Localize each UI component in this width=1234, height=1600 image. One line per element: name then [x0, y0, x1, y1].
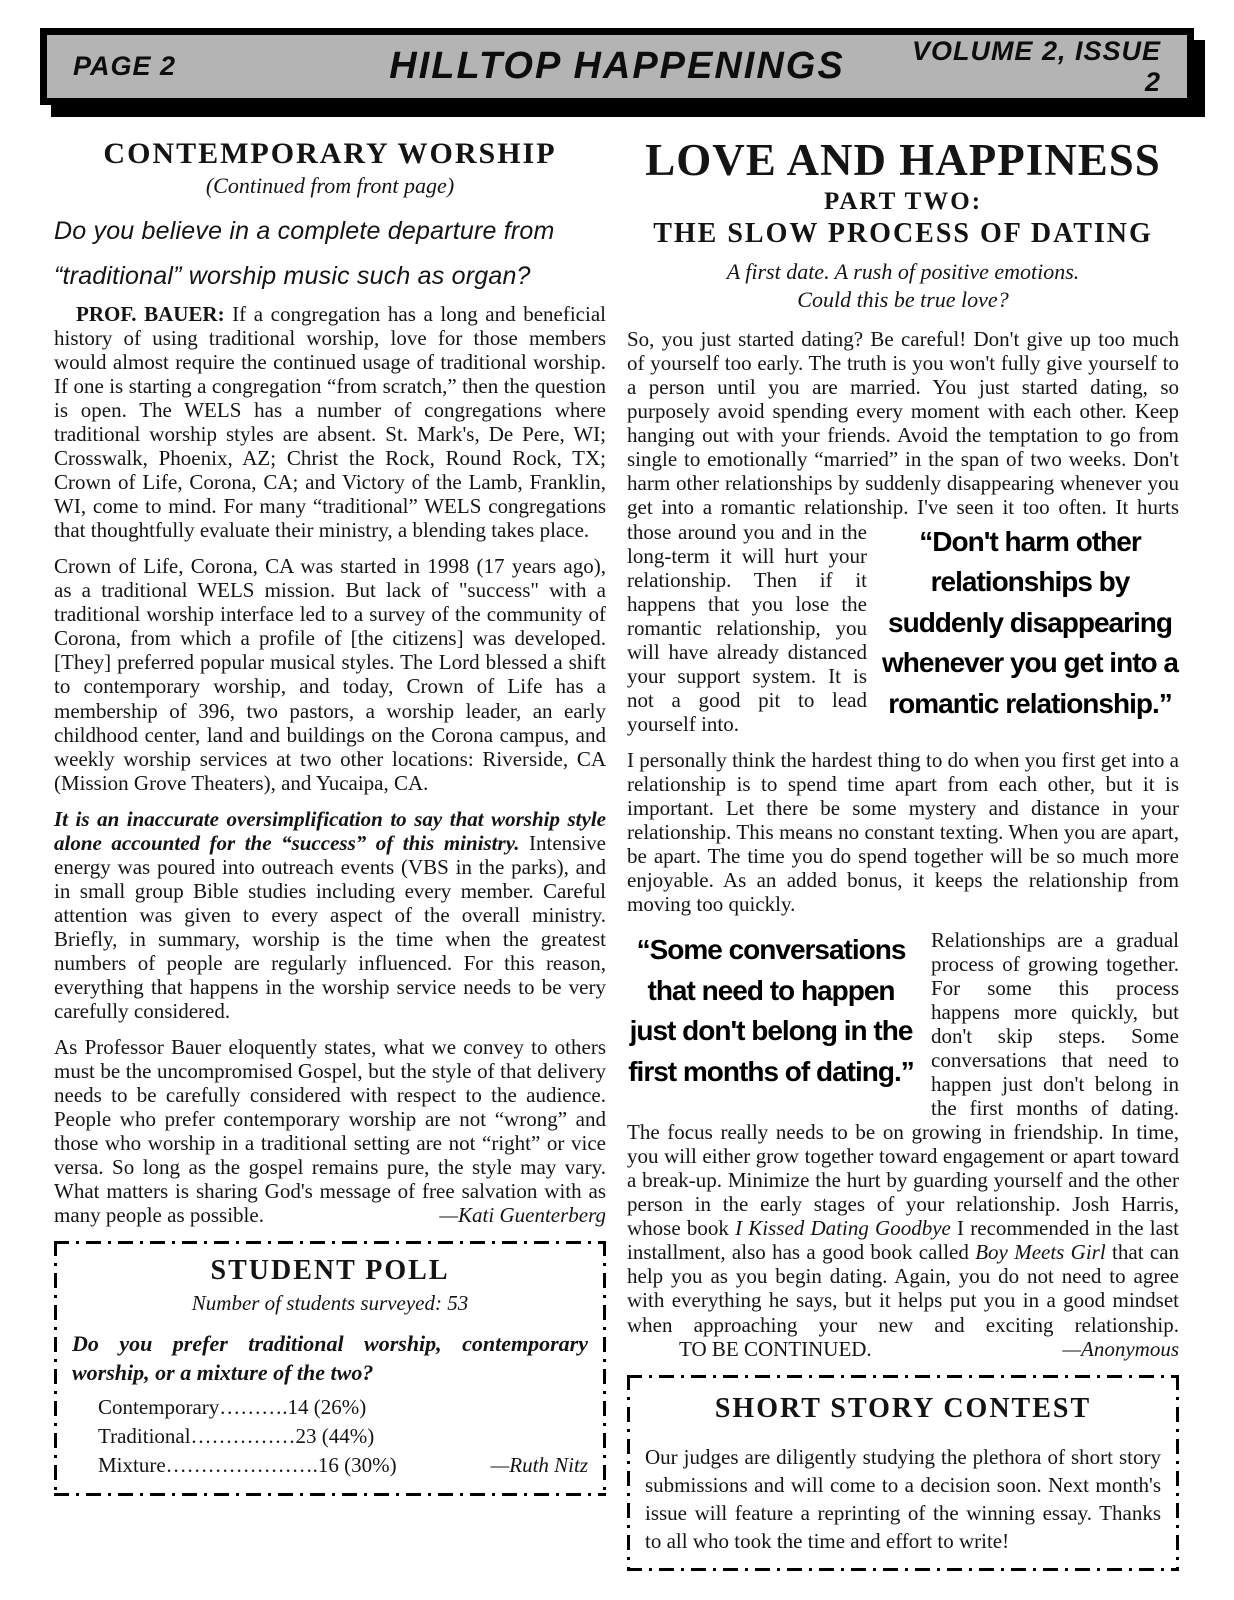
- to-be-continued-label: TO BE CONTINUED.: [679, 1337, 872, 1361]
- speaker-name: PROF. BAUER:: [76, 302, 225, 326]
- paragraph-text: Intensive energy was poured into outreac…: [54, 831, 606, 1023]
- column-love-and-happiness: LOVE AND HAPPINESS PART TWO: THE SLOW PR…: [627, 137, 1179, 1571]
- continued-note: (Continued from front page): [54, 173, 606, 199]
- newsletter-title: HILLTOP HAPPENINGS: [333, 45, 901, 88]
- contest-body: Our judges are diligently studying the p…: [645, 1443, 1161, 1556]
- article-subtitle: THE SLOW PROCESS OF DATING: [627, 218, 1179, 250]
- poll-result-text: Mixture………………….16 (30%): [98, 1453, 397, 1477]
- paragraph: PROF. BAUER: If a congregation has a lon…: [54, 302, 606, 542]
- book-title: Boy Meets Girl: [975, 1240, 1105, 1264]
- paragraph: As Professor Bauer eloquently states, wh…: [54, 1035, 606, 1227]
- paragraph-text: As Professor Bauer eloquently states, wh…: [54, 1035, 606, 1227]
- author-signature: —Anonymous: [1062, 1337, 1179, 1361]
- article-title-contemporary-worship: CONTEMPORARY WORSHIP: [54, 137, 606, 171]
- article-title-love-and-happiness: LOVE AND HAPPINESS: [627, 137, 1179, 184]
- two-column-layout: CONTEMPORARY WORSHIP (Continued from fro…: [40, 137, 1194, 1571]
- paragraph: It is an inaccurate oversimplification t…: [54, 807, 606, 1023]
- poll-question: Do you prefer traditional worship, conte…: [72, 1330, 588, 1387]
- article-part-label: PART TWO:: [627, 188, 1179, 216]
- paragraph: Crown of Life, Corona, CA was started in…: [54, 554, 606, 794]
- pull-quote: “Don't harm other relationships by sudde…: [881, 522, 1179, 725]
- author-signature: —Kati Guenterberg: [439, 1203, 606, 1227]
- column-contemporary-worship: CONTEMPORARY WORSHIP (Continued from fro…: [54, 137, 606, 1571]
- poll-subtitle: Number of students surveyed: 53: [72, 1291, 588, 1316]
- poll-result-row: Traditional……………23 (44%): [72, 1422, 588, 1451]
- deck-line: A first date. A rush of positive emotion…: [727, 259, 1080, 284]
- paragraph: So, you just started dating? Be careful!…: [627, 327, 1179, 736]
- short-story-contest-box: SHORT STORY CONTEST Our judges are dilig…: [627, 1375, 1179, 1572]
- book-title: I Kissed Dating Goodbye: [735, 1216, 951, 1240]
- paragraph: “Some conversations that need to happen …: [627, 928, 1179, 1361]
- deck-line: Could this be true love?: [797, 287, 1008, 312]
- contest-title: SHORT STORY CONTEST: [645, 1393, 1161, 1425]
- paragraph-text: you and in the long-term it will hurt yo…: [627, 520, 867, 736]
- student-poll-box: STUDENT POLL Number of students surveyed…: [54, 1241, 606, 1496]
- poll-author-signature: —Ruth Nitz: [491, 1451, 588, 1480]
- poll-title: STUDENT POLL: [72, 1255, 588, 1287]
- paragraph-text: If a congregation has a long and benefic…: [54, 302, 606, 542]
- page-number-label: PAGE 2: [73, 51, 333, 82]
- volume-issue-label: VOLUME 2, ISSUE 2: [901, 36, 1161, 98]
- pull-quote: “Some conversations that need to happen …: [627, 930, 915, 1092]
- paragraph-text: So, you just started dating? Be careful!…: [627, 327, 1179, 543]
- newsletter-page: PAGE 2 HILLTOP HAPPENINGS VOLUME 2, ISSU…: [0, 0, 1234, 1600]
- interview-question: Do you believe in a complete departure f…: [54, 209, 606, 298]
- masthead: PAGE 2 HILLTOP HAPPENINGS VOLUME 2, ISSU…: [40, 28, 1194, 105]
- article-deck: A first date. A rush of positive emotion…: [627, 258, 1179, 313]
- poll-result-row: Contemporary……….14 (26%): [72, 1393, 588, 1422]
- poll-result-row: Mixture………………….16 (30%)—Ruth Nitz: [72, 1451, 588, 1480]
- paragraph: I personally think the hardest thing to …: [627, 748, 1179, 916]
